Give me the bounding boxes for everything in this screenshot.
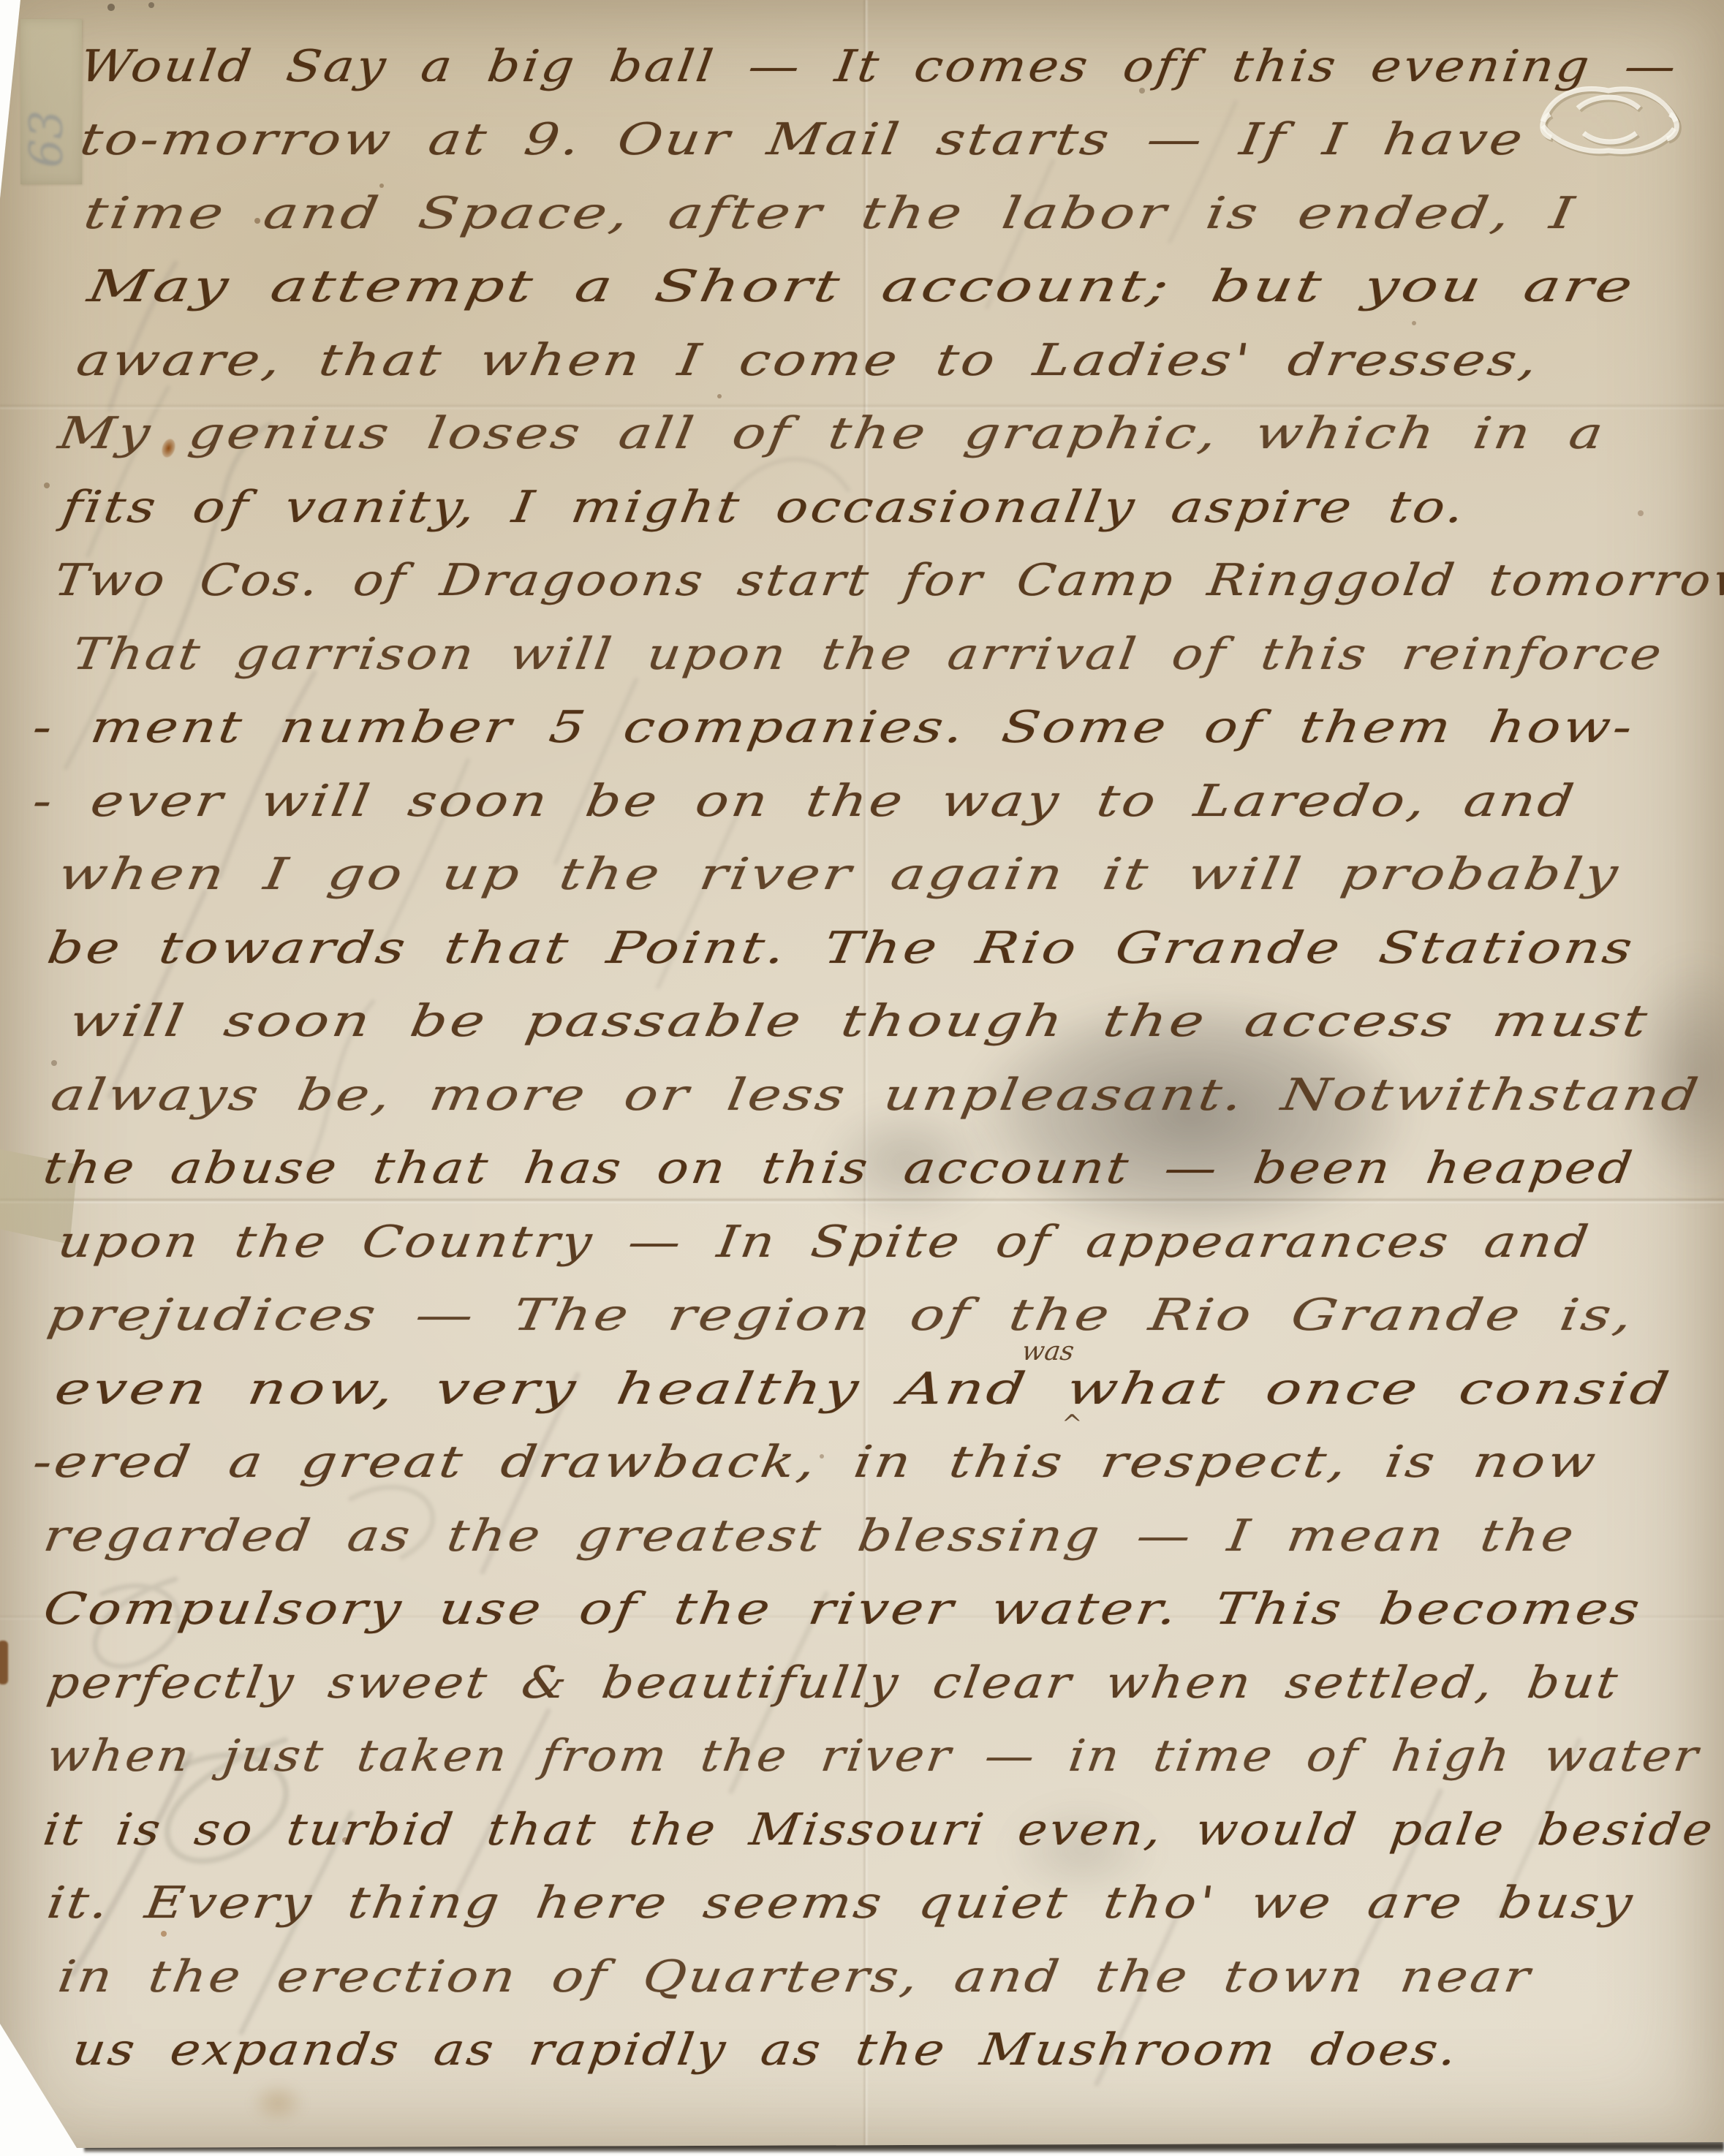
letter-line: -ered a great drawback, in this respect,…	[29, 1437, 1275, 1504]
foxing-specks	[0, 0, 3, 3]
letter-line: prejudices — The region of the Rio Grand…	[44, 1290, 1266, 1357]
letter-line: will soon be passable though the access …	[66, 996, 1268, 1063]
letter-line: That garrison will upon the arrival of t…	[69, 629, 1429, 696]
letter-line: May attempt a Short account; but you are	[84, 261, 1198, 328]
letter-line: - ever will soon be on the way to Laredo…	[29, 776, 1261, 843]
letter-line: it. Every thing here seems quiet tho' we…	[44, 1877, 1364, 1945]
letter-line: upon the Country — In Spite of appearanc…	[55, 1217, 1348, 1284]
interlinear-insertion: was	[1020, 1336, 1076, 1366]
letter-line: the abuse that has on this account — bee…	[40, 1143, 1386, 1210]
letter-line: to-morrow at 9. Our Mail starts — If I h…	[77, 114, 1245, 181]
letter-line: fits of vanity, I might occasionally asp…	[58, 482, 1222, 549]
scanned-letter-page: 63 Would Say a big ball — It co	[0, 0, 1724, 2156]
letter-line: us expands as rapidly as the Mushroom do…	[69, 2024, 1269, 2092]
letter-line: perfectly sweet & beautifully clear when…	[44, 1657, 1426, 1725]
letter-line: aware, that when I come to Ladies' dress…	[73, 335, 1238, 402]
letter-line: - ment number 5 companies. Some of them …	[29, 702, 1310, 769]
letter-line: regarded as the greatest blessing — I me…	[40, 1510, 1306, 1578]
letter-line: always be, more or less unpleasant. Notw…	[48, 1070, 1344, 1137]
letter-line: in the erection of Quarters, and the tow…	[55, 1951, 1291, 2019]
letter-line: time and Space, after the labor is ended…	[80, 188, 1221, 255]
caret-mark: ^	[1062, 1410, 1083, 1439]
letter-line: when just taken from the river — in time…	[44, 1731, 1526, 1798]
letter-line: Two Cos. of Dragoons start for Camp Ring…	[51, 555, 1545, 622]
letter-line: Compulsory use of the river water. This …	[40, 1584, 1324, 1651]
letter-line: Would Say a big ball — It comes off this…	[77, 41, 1464, 108]
letter-paper: 63 Would Say a big ball — It co	[0, 0, 1724, 2156]
letter-line: My genius loses all of the graphic, whic…	[55, 408, 1282, 475]
letter-line: when I go up the river again it will pro…	[55, 849, 1255, 916]
letter-body-text: Would Say a big ball — It comes off this…	[0, 0, 1724, 2156]
letter-line: it is so turbid that the Missouri even, …	[40, 1804, 1538, 1872]
letter-line: be towards that Point. The Rio Grande St…	[44, 923, 1290, 990]
